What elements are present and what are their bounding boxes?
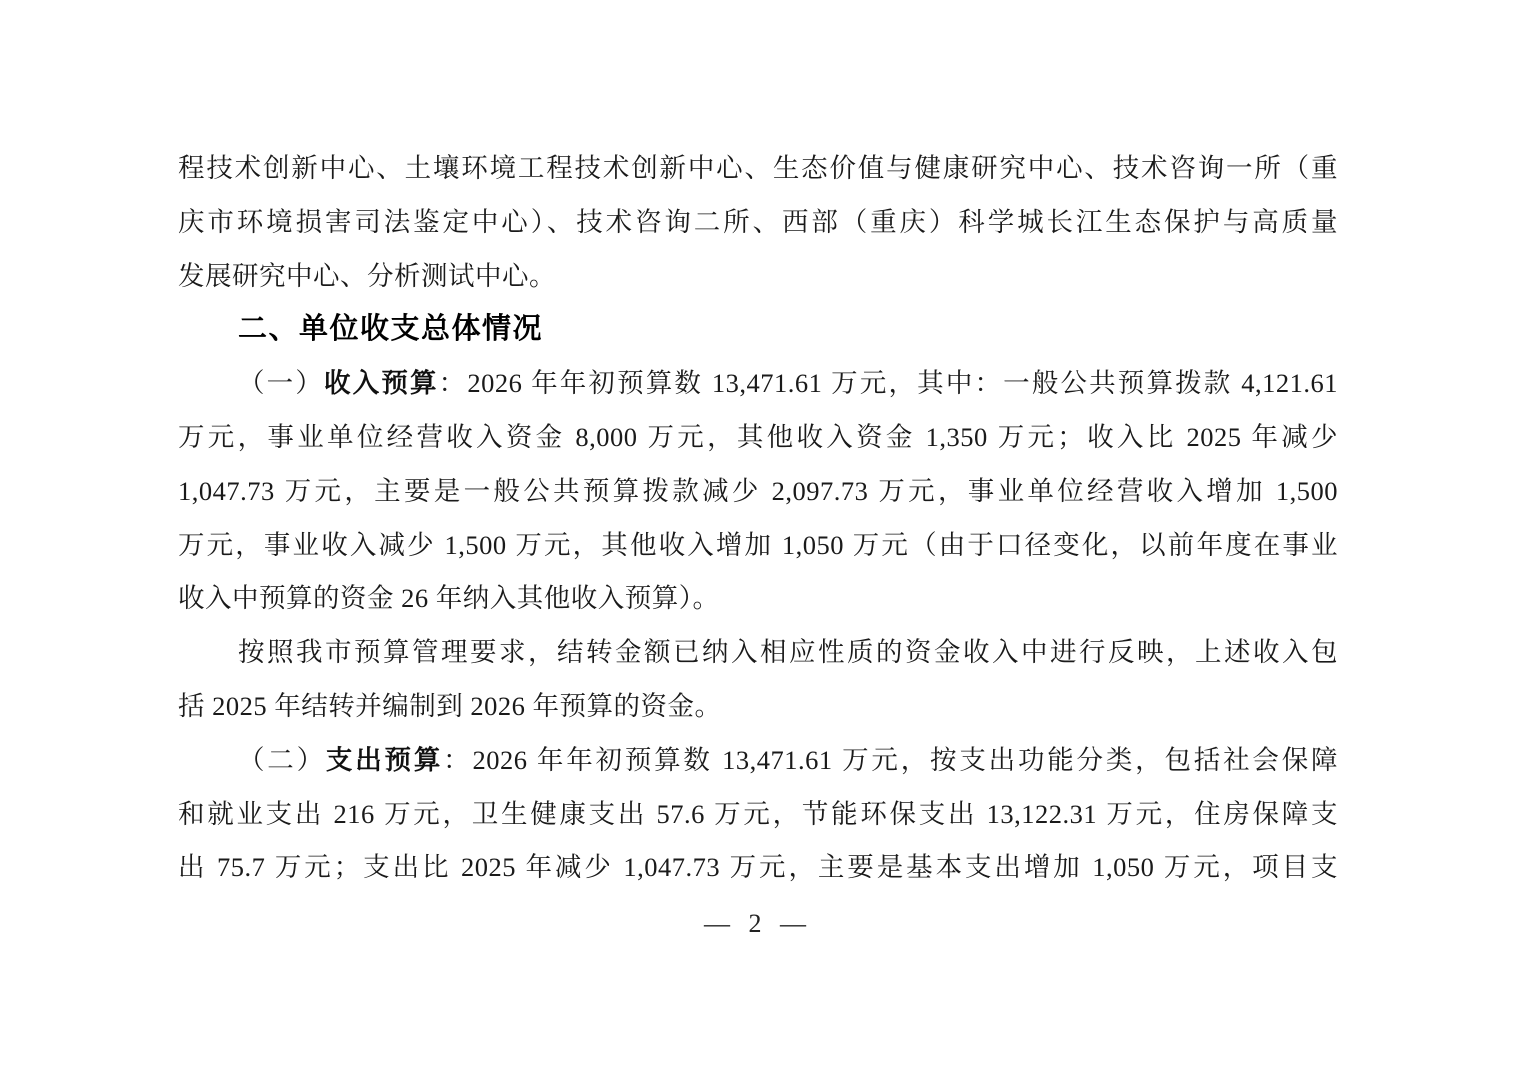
paragraph-marker: （一） xyxy=(238,368,324,398)
text-line: 括 2025 年结转并编制到 2026 年预算的资金。 xyxy=(178,680,1338,734)
paragraph-label-expense-budget: 支出预算 xyxy=(326,745,443,775)
paragraph-text: ：2026 年年初预算数 13,471.61 万元，其中：一般公共预算拨款 4,… xyxy=(439,368,1338,398)
paragraph-marker: （二） xyxy=(238,745,326,775)
document-page: 程技术创新中心、土壤环境工程技术创新中心、生态价值与健康研究中心、技术咨询一所（… xyxy=(0,0,1520,1074)
text-line: 发展研究中心、分析测试中心。 xyxy=(178,250,1338,304)
text-line: 万元，事业单位经营收入资金 8,000 万元，其他收入资金 1,350 万元；收… xyxy=(178,411,1338,465)
text-line: （二）支出预算：2026 年年初预算数 13,471.61 万元，按支出功能分类… xyxy=(178,734,1338,788)
text-line: 出 75.7 万元；支出比 2025 年减少 1,047.73 万元，主要是基本… xyxy=(178,841,1338,895)
text-line: 1,047.73 万元，主要是一般公共预算拨款减少 2,097.73 万元，事业… xyxy=(178,465,1338,519)
text-line: （一）收入预算：2026 年年初预算数 13,471.61 万元，其中：一般公共… xyxy=(178,357,1338,411)
paragraph-text: ：2026 年年初预算数 13,471.61 万元，按支出功能分类，包括社会保障 xyxy=(443,745,1338,775)
text-line: 程技术创新中心、土壤环境工程技术创新中心、生态价值与健康研究中心、技术咨询一所（… xyxy=(178,142,1338,196)
document-text-block: 程技术创新中心、土壤环境工程技术创新中心、生态价值与健康研究中心、技术咨询一所（… xyxy=(178,142,1338,895)
text-line: 按照我市预算管理要求，结转金额已纳入相应性质的资金收入中进行反映，上述收入包 xyxy=(178,626,1338,680)
text-line: 庆市环境损害司法鉴定中心）、技术咨询二所、西部（重庆）科学城长江生态保护与高质量 xyxy=(178,196,1338,250)
text-line: 和就业支出 216 万元，卫生健康支出 57.6 万元，节能环保支出 13,12… xyxy=(178,788,1338,842)
paragraph-label-income-budget: 收入预算 xyxy=(324,368,439,398)
text-line: 万元，事业收入减少 1,500 万元，其他收入增加 1,050 万元（由于口径变… xyxy=(178,519,1338,573)
text-line: 收入中预算的资金 26 年纳入其他收入预算）。 xyxy=(178,572,1338,626)
section-heading: 二、单位收支总体情况 xyxy=(178,303,1338,357)
page-number: — 2 — xyxy=(178,903,1338,945)
